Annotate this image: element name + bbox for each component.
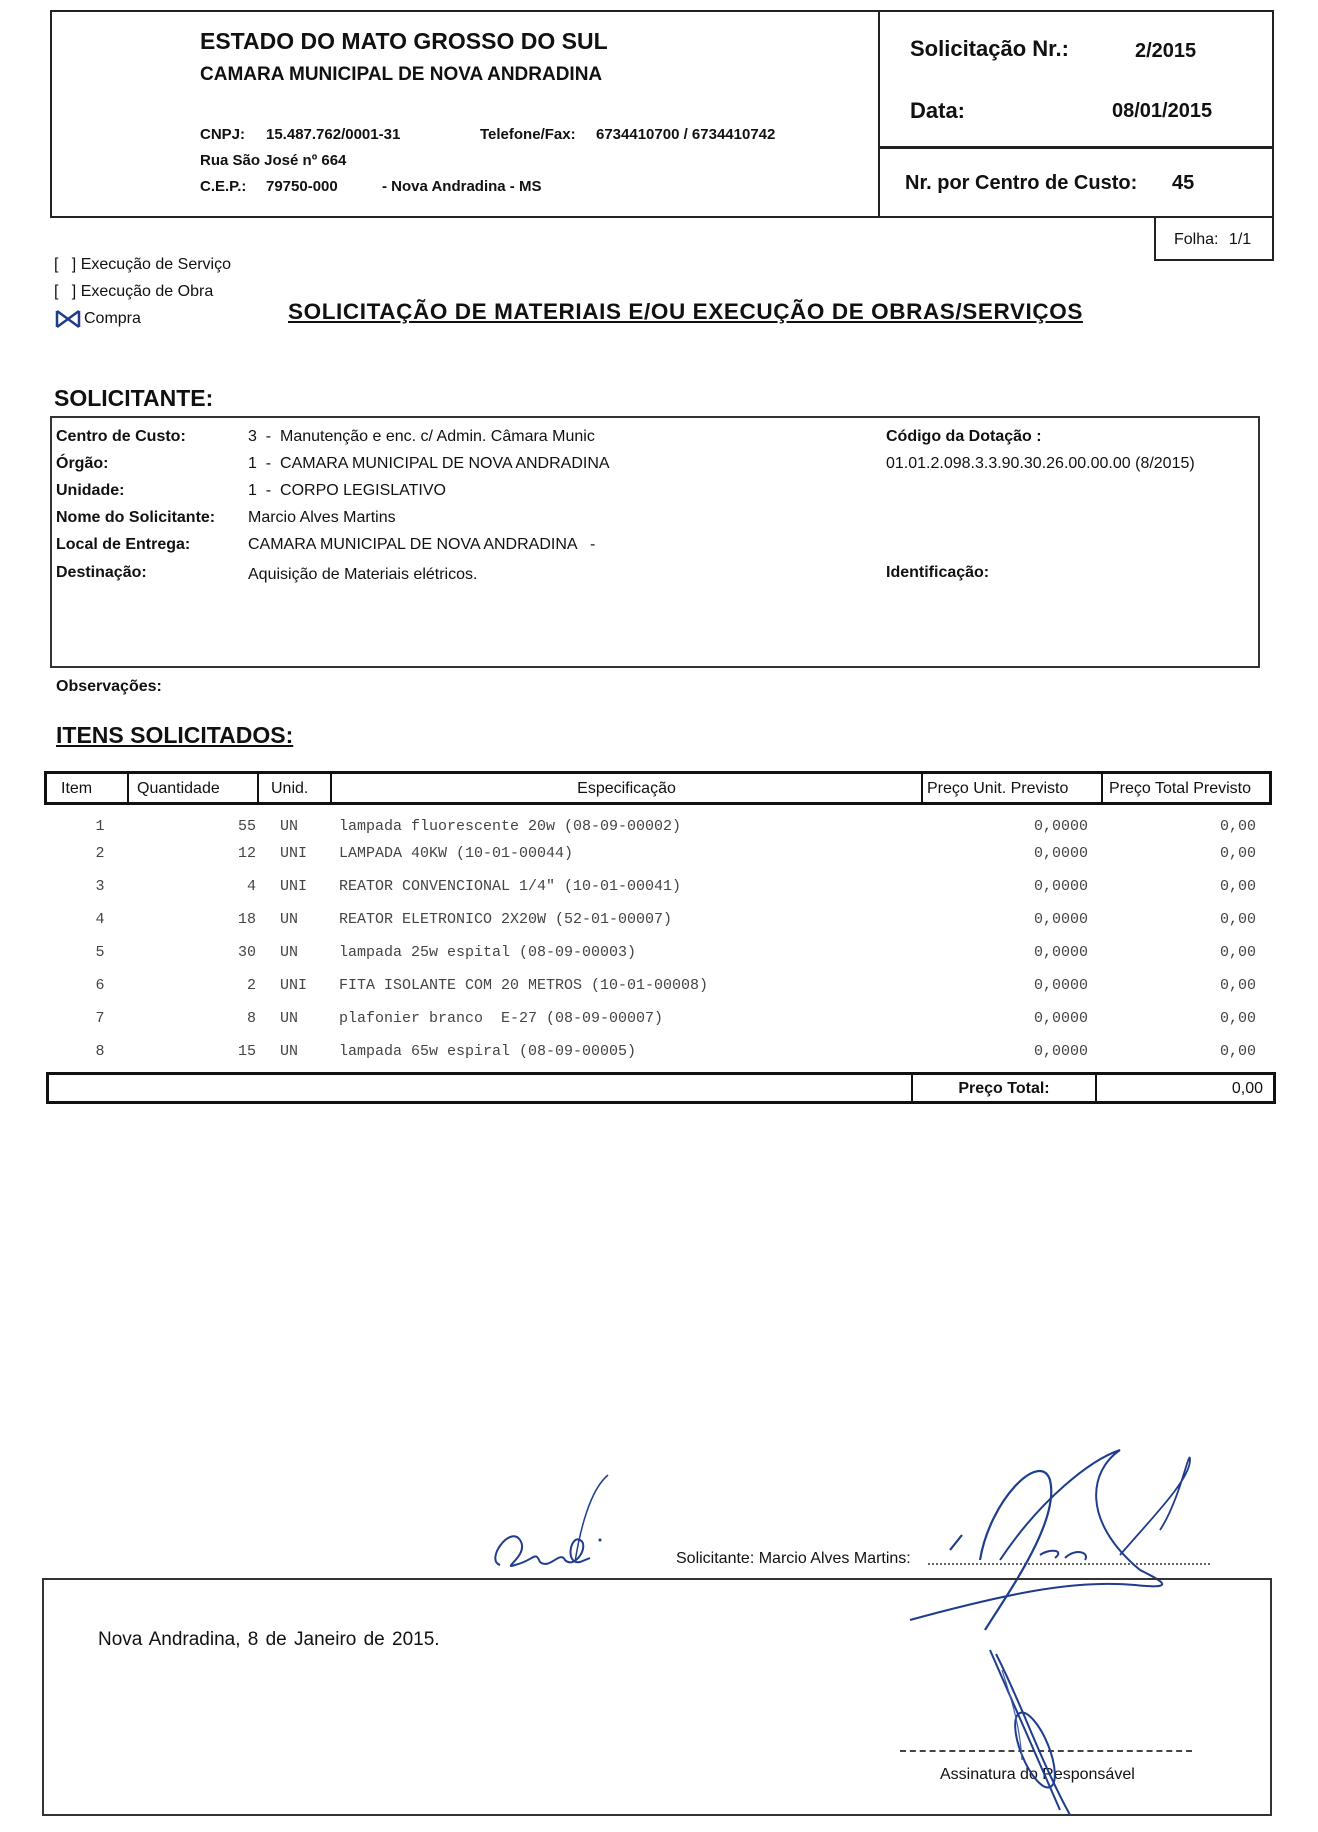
checkbox-checked-icon	[54, 308, 82, 330]
items-section-title: ITENS SOLICITADOS:	[56, 722, 293, 749]
city: - Nova Andradina - MS	[382, 178, 541, 195]
responsible-signature-icon	[960, 1640, 1120, 1820]
items-table-header: Item Quantidade Unid. Especificação Preç…	[44, 771, 1272, 805]
item-unit-price: 0,0000	[960, 1010, 1088, 1027]
table-row: 418UNREATOR ELETRONICO 2X20W (52-01-0000…	[0, 911, 1318, 933]
item-quantity: 8	[200, 1010, 256, 1027]
item-quantity: 18	[200, 911, 256, 928]
item-unit: UN	[280, 1010, 298, 1027]
item-total-price: 0,00	[1150, 1043, 1256, 1060]
requester-box	[50, 416, 1260, 668]
item-quantity: 15	[200, 1043, 256, 1060]
item-total-price: 0,00	[1150, 1010, 1256, 1027]
item-number: 8	[90, 1043, 110, 1060]
field-label: Unidade:	[56, 482, 124, 500]
column-header-quantity: Quantidade	[129, 774, 259, 802]
cost-center-number: 45	[1172, 172, 1194, 195]
column-header-total-price: Preço Total Previsto	[1103, 774, 1269, 802]
item-specification: lampada fluorescente 20w (08-09-00002)	[339, 818, 681, 835]
institution-name: CAMARA MUNICIPAL DE NOVA ANDRADINA	[200, 64, 602, 86]
item-unit: UN	[280, 944, 298, 961]
requester-signature-label: Solicitante: Marcio Alves Martins:	[676, 1550, 911, 1568]
destination-value: Aquisição de Materiais elétricos.	[248, 566, 477, 584]
field-label: Local de Entrega:	[56, 536, 190, 554]
item-quantity: 30	[200, 944, 256, 961]
initials-signature-icon	[480, 1470, 630, 1580]
item-total-price: 0,00	[1150, 878, 1256, 895]
item-unit-price: 0,0000	[960, 878, 1088, 895]
field-label: Órgão:	[56, 455, 108, 473]
table-row: 212UNILAMPADA 40KW (10-01-00044)0,00000,…	[0, 845, 1318, 867]
checkbox-label: Execução de Serviço	[81, 256, 231, 273]
header-divider	[878, 10, 880, 218]
identification-label: Identificação:	[886, 564, 989, 582]
column-header-unit: Unid.	[259, 774, 332, 802]
date-value: 08/01/2015	[1112, 100, 1212, 123]
item-unit-price: 0,0000	[960, 845, 1088, 862]
total-label: Preço Total:	[913, 1075, 1097, 1101]
item-number: 1	[90, 818, 110, 835]
checkbox-empty-icon: [ ]	[54, 283, 76, 300]
item-number: 4	[90, 911, 110, 928]
phone-value: 6734410700 / 6734410742	[596, 126, 775, 143]
item-unit: UNI	[280, 845, 307, 862]
item-number: 5	[90, 944, 110, 961]
item-specification: REATOR CONVENCIONAL 1/4" (10-01-00041)	[339, 878, 681, 895]
sheet-label: Folha:	[1174, 231, 1218, 248]
request-number-label: Solicitação Nr.:	[910, 36, 1069, 62]
table-row: 815UNlampada 65w espiral (08-09-00005)0,…	[0, 1043, 1318, 1065]
checkbox-compra[interactable]: Compra	[54, 308, 141, 330]
header-divider	[878, 146, 1274, 149]
field-label: Centro de Custo:	[56, 428, 186, 446]
field-label: Destinação:	[56, 564, 147, 582]
item-specification: lampada 25w espital (08-09-00003)	[339, 944, 636, 961]
checkbox-label: Compra	[84, 310, 141, 328]
column-header-specification: Especificação	[332, 774, 923, 802]
checkbox-execucao-servico[interactable]: [ ] Execução de Serviço	[54, 256, 231, 274]
item-total-price: 0,00	[1150, 845, 1256, 862]
item-number: 7	[90, 1010, 110, 1027]
organ-value: 1 - CAMARA MUNICIPAL DE NOVA ANDRADINA	[248, 455, 610, 473]
item-unit: UNI	[280, 977, 307, 994]
item-unit: UNI	[280, 878, 307, 895]
sheet-box: Folha: 1/1	[1154, 216, 1274, 261]
phone-label: Telefone/Fax:	[480, 126, 576, 143]
item-total-price: 0,00	[1150, 818, 1256, 835]
checkbox-label: Execução de Obra	[81, 283, 214, 300]
field-label: Nome do Solicitante:	[56, 509, 215, 527]
item-unit-price: 0,0000	[960, 1043, 1088, 1060]
item-unit-price: 0,0000	[960, 977, 1088, 994]
item-total-price: 0,00	[1150, 977, 1256, 994]
sheet-value: 1/1	[1229, 231, 1251, 248]
delivery-location-value: CAMARA MUNICIPAL DE NOVA ANDRADINA -	[248, 536, 595, 554]
item-quantity: 55	[200, 818, 256, 835]
document-title: SOLICITAÇÃO DE MATERIAIS E/OU EXECUÇÃO D…	[288, 299, 1083, 325]
table-row: 530UNlampada 25w espital (08-09-00003)0,…	[0, 944, 1318, 966]
address: Rua São José nº 664	[200, 152, 346, 169]
item-total-price: 0,00	[1150, 911, 1256, 928]
table-row: 62UNIFITA ISOLANTE COM 20 METROS (10-01-…	[0, 977, 1318, 999]
item-quantity: 12	[200, 845, 256, 862]
total-row: Preço Total: 0,00	[46, 1072, 1276, 1104]
unit-value: 1 - CORPO LEGISLATIVO	[248, 482, 446, 500]
item-unit-price: 0,0000	[960, 944, 1088, 961]
table-row: 78UNplafonier branco E-27 (08-09-00007)0…	[0, 1010, 1318, 1032]
item-number: 3	[90, 878, 110, 895]
item-number: 6	[90, 977, 110, 994]
cep-value: 79750-000	[266, 178, 338, 195]
allocation-code-value: 01.01.2.098.3.3.90.30.26.00.00.00 (8/201…	[886, 455, 1195, 473]
column-header-item: Item	[47, 774, 129, 802]
item-unit-price: 0,0000	[960, 818, 1088, 835]
item-quantity: 4	[200, 878, 256, 895]
request-number: 2/2015	[1135, 40, 1196, 63]
requester-name-value: Marcio Alves Martins	[248, 509, 396, 527]
item-unit: UN	[280, 818, 298, 835]
table-row: 155UNlampada fluorescente 20w (08-09-000…	[0, 818, 1318, 840]
item-specification: lampada 65w espiral (08-09-00005)	[339, 1043, 636, 1060]
item-specification: FITA ISOLANTE COM 20 METROS (10-01-00008…	[339, 977, 708, 994]
cost-center-value: 3 - Manutenção e enc. c/ Admin. Câmara M…	[248, 428, 595, 446]
item-unit: UN	[280, 911, 298, 928]
item-specification: plafonier branco E-27 (08-09-00007)	[339, 1010, 663, 1027]
cost-center-number-label: Nr. por Centro de Custo:	[905, 172, 1137, 195]
cnpj-value: 15.487.762/0001-31	[266, 126, 400, 143]
table-row: 34UNIREATOR CONVENCIONAL 1/4" (10-01-000…	[0, 878, 1318, 900]
item-specification: LAMPADA 40KW (10-01-00044)	[339, 845, 573, 862]
cnpj-label: CNPJ:	[200, 126, 245, 143]
requester-section-title: SOLICITANTE:	[54, 385, 213, 412]
item-quantity: 2	[200, 977, 256, 994]
observations-label: Observações:	[56, 678, 162, 696]
total-value: 0,00	[1097, 1075, 1273, 1101]
column-header-unit-price: Preço Unit. Previsto	[923, 774, 1103, 802]
item-unit: UN	[280, 1043, 298, 1060]
cep-label: C.E.P.:	[200, 178, 246, 195]
item-total-price: 0,00	[1150, 944, 1256, 961]
checkbox-empty-icon: [ ]	[54, 256, 76, 273]
place-and-date: Nova Andradina, 8 de Janeiro de 2015.	[98, 1629, 440, 1651]
checkbox-execucao-obra[interactable]: [ ] Execução de Obra	[54, 283, 213, 301]
item-number: 2	[90, 845, 110, 862]
item-unit-price: 0,0000	[960, 911, 1088, 928]
date-label: Data:	[910, 98, 965, 124]
state-title: ESTADO DO MATO GROSSO DO SUL	[200, 28, 608, 55]
item-specification: REATOR ELETRONICO 2X20W (52-01-00007)	[339, 911, 672, 928]
allocation-code-label: Código da Dotação :	[886, 428, 1042, 446]
